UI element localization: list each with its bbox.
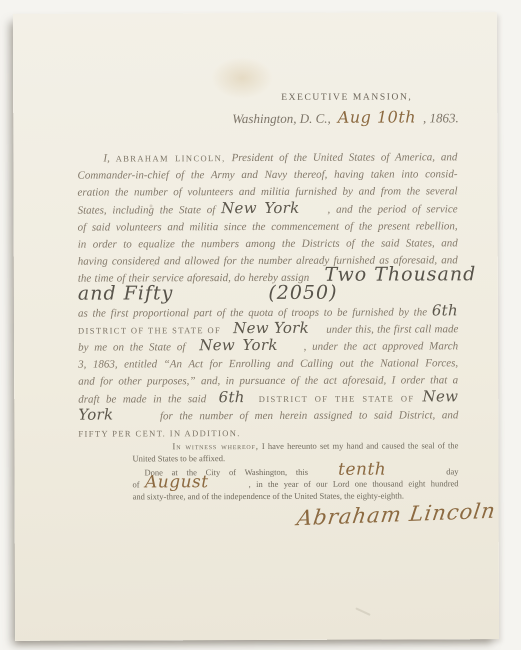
paper-stain: [211, 57, 273, 99]
executive-mansion-heading: EXECUTIVE MANSION,: [281, 92, 412, 102]
printed-caps-text: ABRAHAM LINCOLN,: [116, 153, 226, 163]
printed-caps-text: FIFTY PER CENT. IN ADDITION.: [78, 428, 240, 439]
printed-roman-text: I have hereunto set my hand and caused t…: [259, 440, 459, 451]
handwritten-text-large: and Fifty: [78, 282, 174, 304]
handwritten-text: 6th: [432, 301, 458, 319]
printed-script-text: , and the period of service: [328, 203, 458, 215]
text-line: I, ABRAHAM LINCOLN, President of the Uni…: [77, 147, 457, 166]
printed-roman-text: United States to be affixed.: [132, 453, 225, 463]
printed-script-text: under this, the first call made: [323, 323, 458, 335]
witness-clause: In witness whereof, I have hereunto set …: [132, 438, 458, 463]
dateline-handwritten-date: Aug 10th: [338, 107, 416, 126]
text-line: In witness whereof, I have hereunto set …: [132, 438, 458, 451]
done-clause: Done at the City of Washington, thistent…: [132, 464, 458, 501]
printed-caps-text: DISTRICT OF THE STATE OF: [259, 393, 415, 404]
text-line: and for other purposes,” and, in pursuan…: [78, 371, 458, 390]
printed-script-text: in order to equalize the numbers among t…: [78, 237, 458, 250]
printed-script-text: , under the act approved March: [298, 340, 458, 353]
photo-background: EXECUTIVE MANSION, Washington, D. C., Au…: [0, 0, 521, 650]
printed-script-text: States, including the State of: [78, 204, 222, 217]
printed-roman-text: day: [446, 466, 458, 476]
dateline-year: , 1863.: [423, 110, 459, 125]
printed-script-text: Commander-in-chief of the Army and Navy …: [77, 168, 457, 181]
text-line: eration the number of volunteers and mil…: [77, 182, 457, 201]
printed-script-text: President of the United States of Americ…: [226, 151, 458, 164]
text-line: and sixty-three, and of the independence…: [133, 488, 459, 501]
printed-script-text: draft be made in the said: [78, 393, 212, 405]
printed-script-text: by me on the State of: [78, 341, 191, 353]
document-body: I, ABRAHAM LINCOLN, President of the Uni…: [77, 147, 458, 441]
printed-script-text: eration the number of volunteers and mil…: [78, 186, 458, 199]
dateline: Washington, D. C., Aug 10th , 1863.: [232, 109, 459, 128]
text-line: DISTRICT OF THE STATE OFNew York under t…: [78, 319, 458, 338]
handwritten-text: 6th: [219, 388, 245, 406]
text-line: draft be made in the said 6thDISTRICT OF…: [78, 388, 458, 407]
handwritten-text: New: [422, 387, 458, 405]
printed-script-text: 3, 1863, entitled “An Act for Enrolling …: [78, 358, 458, 371]
handwritten-text-large: Two Thousand: [324, 264, 476, 287]
text-line: York for the number of men herein assign…: [78, 405, 458, 424]
text-line: by me on the State of New York , under t…: [78, 336, 458, 355]
text-line: and Fifty(2050): [78, 285, 458, 304]
handwritten-text-large: (2050): [268, 281, 337, 303]
text-line: of August, in the year of our Lord one t…: [133, 476, 459, 489]
printed-roman-text: of: [133, 479, 145, 489]
document-paper: EXECUTIVE MANSION, Washington, D. C., Au…: [13, 12, 499, 641]
paper-scuff: [355, 607, 370, 616]
dateline-place: Washington, D. C.,: [232, 111, 331, 126]
handwritten-text: New York: [233, 319, 309, 337]
printed-script-text: of said volunteers and militia since the…: [78, 220, 458, 233]
printed-caps-text: DISTRICT OF THE STATE OF: [78, 325, 221, 335]
handwritten-text: New York: [221, 198, 299, 216]
text-line: 3, 1863, entitled “An Act for Enrolling …: [78, 354, 458, 373]
lincoln-signature: Abraham Lincoln: [295, 499, 497, 531]
printed-script-text: and for other purposes,” and, in pursuan…: [78, 375, 458, 388]
handwritten-text: York: [78, 405, 113, 423]
printed-script-text: for the number of men herein assigned to…: [153, 409, 458, 422]
text-line: of said volunteers and militia since the…: [78, 216, 458, 235]
printed-script-text: as the first proportional part of the qu…: [78, 306, 432, 319]
printed-roman-text: and sixty-three, and of the independence…: [133, 490, 404, 501]
printed-smallcaps-text: In witness whereof,: [172, 441, 258, 451]
text-line: in order to equalize the numbers among t…: [78, 233, 458, 252]
text-line: States, including the State of New York,…: [78, 199, 458, 218]
text-line: as the first proportional part of the qu…: [78, 302, 458, 321]
printed-roman-text: , in the year of our Lord one thousand e…: [249, 478, 459, 489]
text-line: United States to be affixed.: [132, 450, 458, 463]
printed-script-text: I,: [103, 152, 115, 164]
handwritten-text: New York: [199, 336, 278, 354]
text-line: Commander-in-chief of the Army and Navy …: [77, 164, 457, 183]
